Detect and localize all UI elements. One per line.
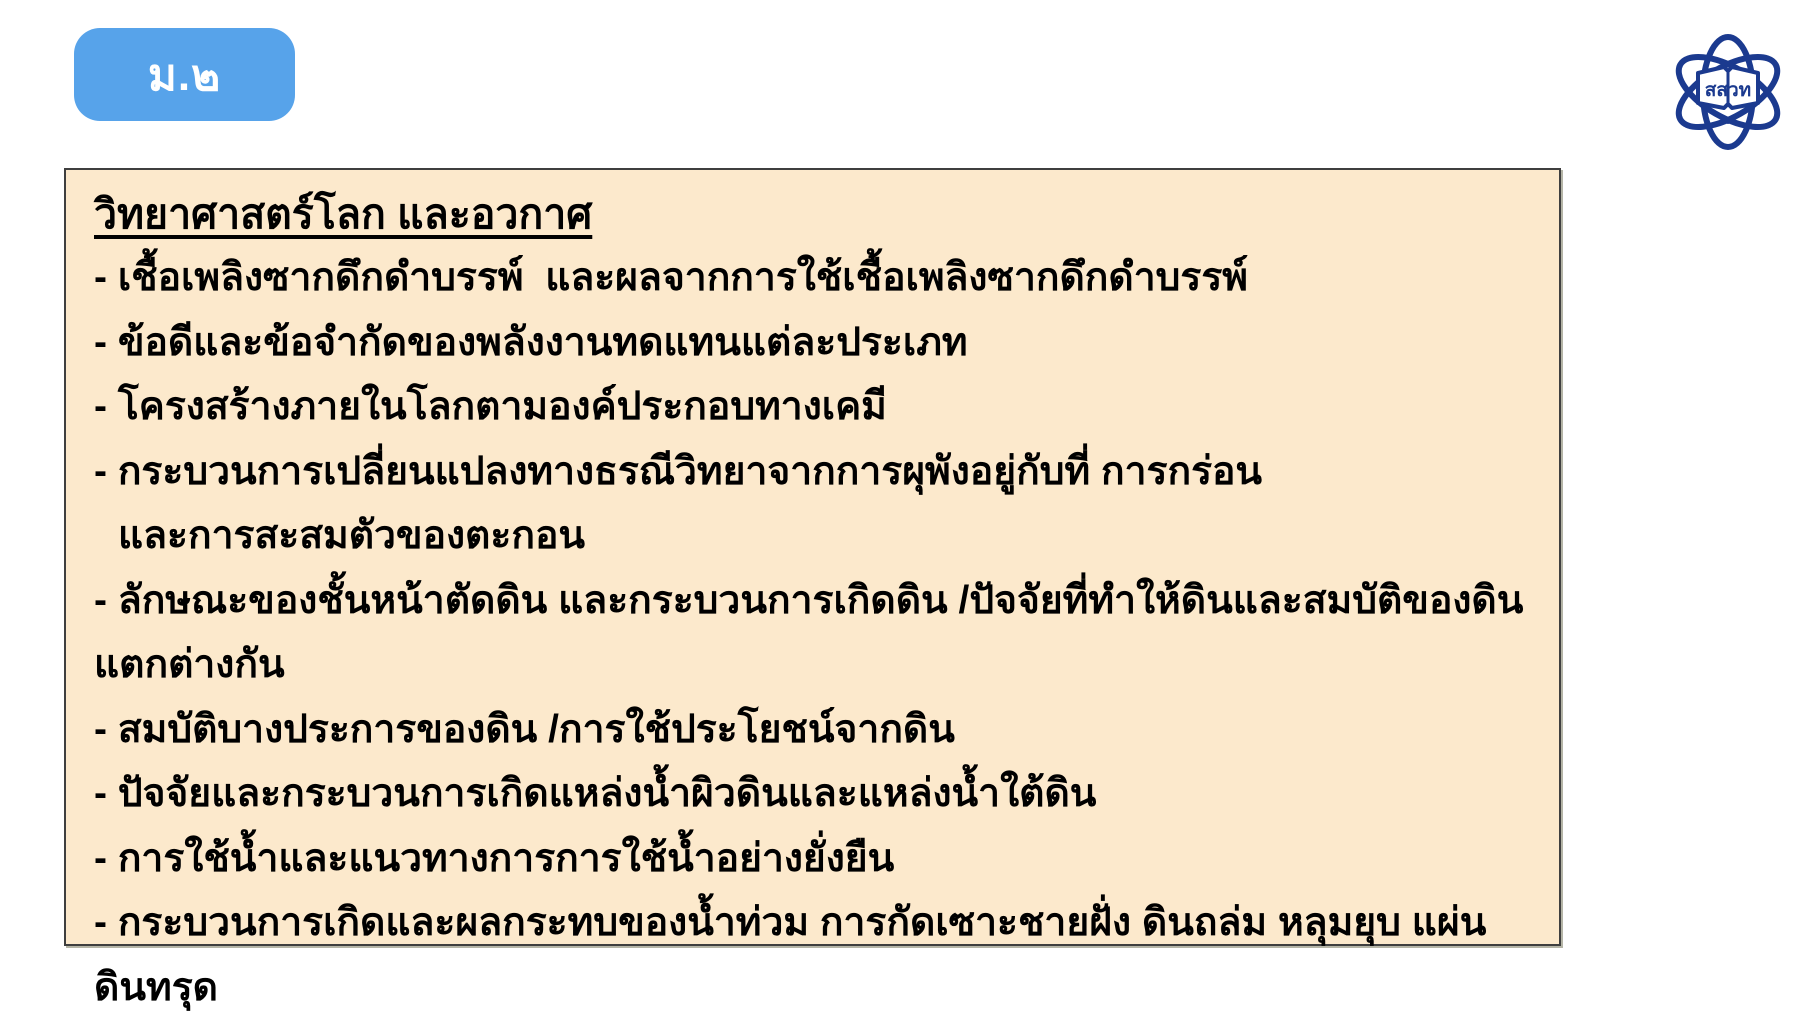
logo-text: สสวท — [1705, 80, 1751, 101]
content-line-4: - กระบวนการเปลี่ยนแปลงทางธรณีวิทยาจากการ… — [94, 440, 1531, 505]
slide-root: ม.๒ สสวท วิทยาศาสตร์โลก และอวกาศ - เชื้อ… — [0, 0, 1800, 1012]
content-line-7: - สมบัติบางประการของดิน /การใช้ประโยชน์จ… — [94, 698, 1531, 763]
content-line-2: - ข้อดีและข้อจำกัดของพลังงานทดแทนแต่ละปร… — [94, 311, 1531, 376]
content-box: วิทยาศาสตร์โลก และอวกาศ - เชื้อเพลิงซากด… — [64, 168, 1561, 946]
grade-badge: ม.๒ — [74, 28, 295, 121]
atom-book-icon: สสวท — [1664, 28, 1792, 156]
content-line-6: - ลักษณะของชั้นหน้าตัดดิน และกระบวนการเก… — [94, 569, 1531, 698]
content-line-8: - ปัจจัยและกระบวนการเกิดแหล่งน้ำผิวดินแล… — [94, 762, 1531, 827]
content-title: วิทยาศาสตร์โลก และอวกาศ — [94, 182, 1531, 246]
content-line-9: - การใช้น้ำและแนวทางการการใช้น้ำอย่างยั่… — [94, 827, 1531, 892]
ipst-logo: สสวท — [1664, 28, 1792, 156]
content-line-5: และการสะสมตัวของตะกอน — [94, 504, 1531, 569]
content-line-3: - โครงสร้างภายในโลกตามองค์ประกอบทางเคมี — [94, 375, 1531, 440]
content-line-1: - เชื้อเพลิงซากดึกดำบรรพ์ และผลจากการใช้… — [94, 246, 1531, 311]
content-line-10: - กระบวนการเกิดและผลกระทบของน้ำท่วม การก… — [94, 891, 1531, 1012]
